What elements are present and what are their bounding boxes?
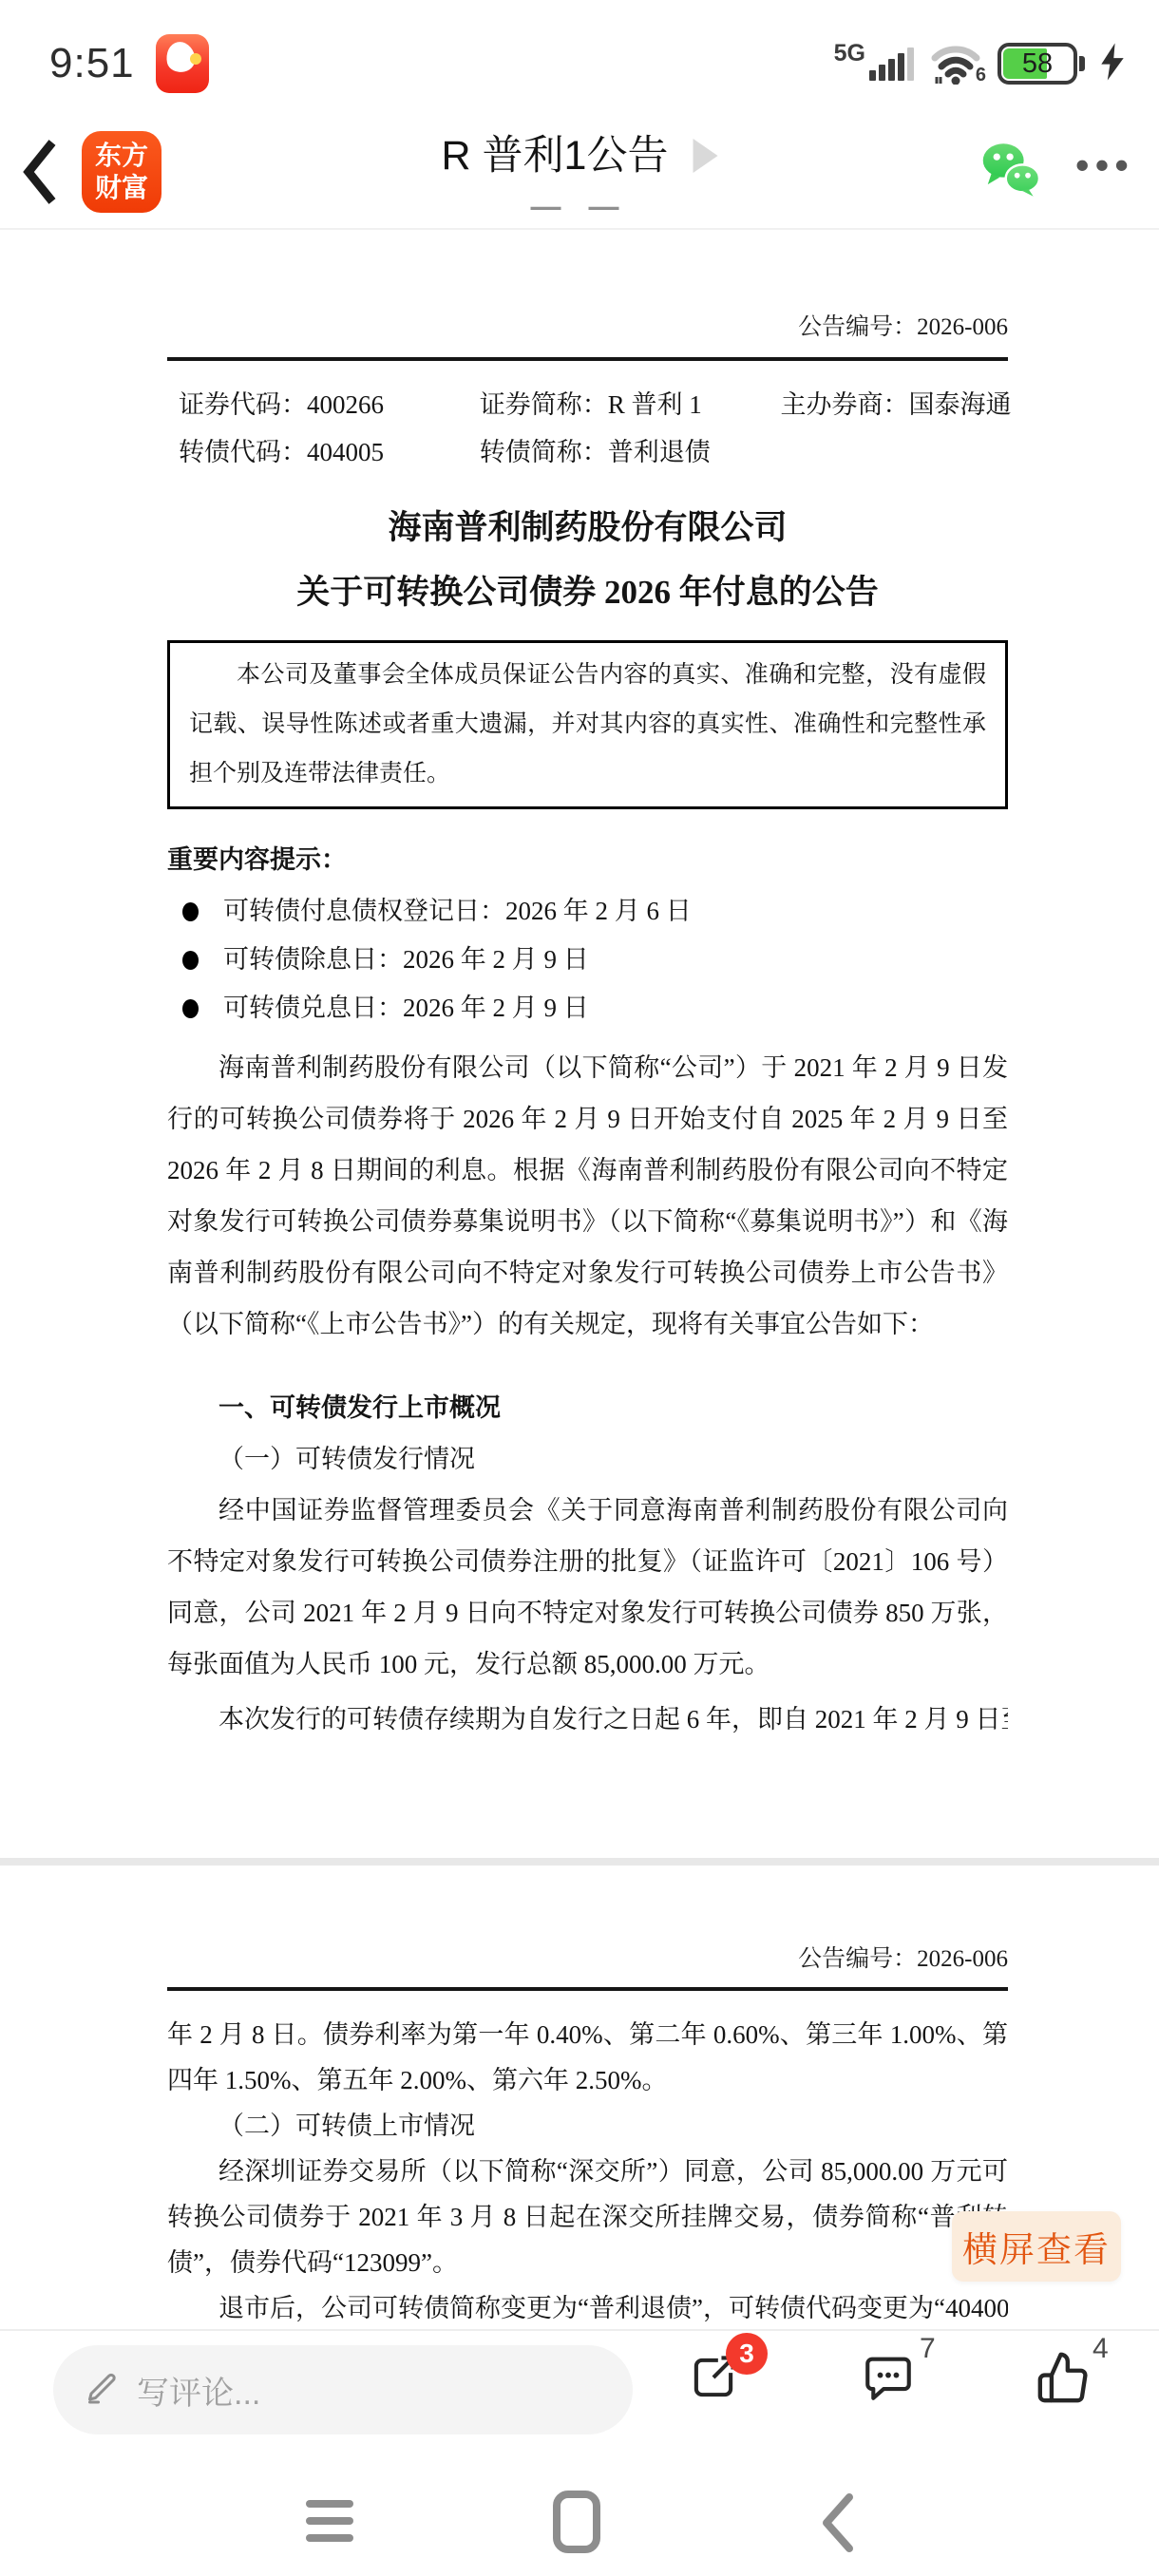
bullet-icon: [182, 999, 199, 1018]
paragraph: 经深圳证券交易所（以下简称“深交所”）同意，公司 85,000.00 万元可转换…: [167, 2149, 1008, 2285]
page-separator: [0, 1858, 1159, 1866]
divider-rule: [167, 1987, 1008, 1991]
landscape-view-button[interactable]: 横屏查看: [952, 2211, 1121, 2282]
notice-bullet-list: 可转债付息债权登记日：2026 年 2 月 6 日 可转债除息日：2026 年 …: [167, 887, 1008, 1032]
home-nav-icon[interactable]: [553, 2491, 600, 2553]
back-button[interactable]: [21, 135, 66, 209]
battery-percent: 58: [1001, 47, 1073, 81]
cellular-signal-icon: 5G: [834, 47, 914, 81]
more-menu-icon[interactable]: •••: [1075, 146, 1134, 184]
play-audio-icon[interactable]: [693, 139, 717, 173]
list-item: 可转债付息债权登记日：2026 年 2 月 6 日: [167, 887, 1008, 936]
notification-app-icon: [156, 34, 209, 93]
signal-bars-icon: [869, 47, 914, 81]
important-notice-heading: 重要内容提示：: [167, 836, 1008, 883]
comment-count: 7: [920, 2333, 936, 2365]
phone-screen: 9:51 5G 6 58: [0, 0, 1159, 2576]
comment-input[interactable]: 写评论...: [53, 2345, 633, 2434]
android-nav-bar: [0, 2451, 1159, 2576]
clock: 9:51: [49, 40, 135, 87]
subsection-heading: （二）可转债上市情况: [167, 2103, 1008, 2149]
security-info-row: 证券代码：400266 证券简称：R 普利 1 主办券商：国泰海通: [167, 386, 1008, 424]
list-item: 可转债除息日：2026 年 2 月 9 日: [167, 936, 1008, 984]
comment-placeholder: 写评论...: [137, 2367, 260, 2414]
bullet-icon: [182, 951, 199, 970]
announcement-number: 公告编号：2026-006: [167, 312, 1008, 344]
announcement-number: 公告编号：2026-006: [167, 1943, 1008, 1976]
menu-nav-icon[interactable]: [306, 2500, 353, 2551]
company-name-title: 海南普利制药股份有限公司: [167, 507, 1008, 549]
document-page-1[interactable]: 公告编号：2026-006 证券代码：400266 证券简称：R 普利 1 主办…: [0, 230, 1159, 1858]
paragraph: 经中国证券监督管理委员会《关于同意海南普利制药股份有限公司向不特定对象发行可转换…: [167, 1485, 1008, 1690]
wifi6-label: 6: [976, 65, 986, 86]
eastmoney-logo[interactable]: 东方 财富: [82, 131, 161, 213]
announcement-title: 关于可转换公司债券 2026 年付息的公告: [167, 572, 1008, 614]
header-title-block: R 普利1公告 — —: [442, 123, 718, 224]
back-nav-icon[interactable]: [819, 2492, 855, 2558]
app-header: 东方 财富 R 普利1公告 — —: [0, 114, 1159, 230]
divider-rule: [167, 357, 1008, 361]
list-item: 可转债兑息日：2026 年 2 月 9 日: [167, 984, 1008, 1032]
page-title: R 普利1公告: [442, 123, 669, 181]
paragraph: 海南普利制药股份有限公司（以下简称“公司”）于 2021 年 2 月 9 日发行…: [167, 1042, 1008, 1350]
wechat-share-icon[interactable]: [980, 142, 1043, 202]
charging-bolt-icon: [1100, 43, 1125, 85]
battery-icon: 58: [997, 43, 1085, 85]
bullet-icon: [182, 902, 199, 921]
network-type-label: 5G: [834, 40, 865, 67]
header-subtitle: — —: [442, 189, 718, 224]
share-badge: 3: [726, 2333, 768, 2375]
paragraph: 年 2 月 8 日。债券利率为第一年 0.40%、第二年 0.60%、第三年 1…: [167, 2012, 1008, 2103]
like-count: 4: [1092, 2333, 1109, 2365]
paragraph: 退市后，公司可转债简称变更为“普利退债”，可转债代码变更为“404005”，: [167, 2285, 1008, 2329]
pencil-icon: [85, 2371, 120, 2410]
paragraph: 本次发行的可转债存续期为自发行之日起 6 年，即自 2021 年 2 月 9 日…: [167, 1694, 1008, 1745]
comment-toolbar: 写评论... 3 7 4: [0, 2329, 1159, 2451]
pledge-box: 本公司及董事会全体成员保证公告内容的真实、准确和完整，没有虚假记载、误导性陈述或…: [167, 640, 1008, 809]
bond-info-row: 转债代码：404005 转债简称：普利退债: [167, 433, 1008, 471]
section-heading: 一、可转债发行上市概况: [167, 1382, 1008, 1433]
subsection-heading: （一）可转债发行情况: [167, 1433, 1008, 1485]
comment-bubble-icon[interactable]: [861, 2350, 916, 2405]
wifi-icon: 6: [929, 43, 982, 85]
thumbs-up-icon[interactable]: [1035, 2350, 1091, 2405]
status-bar: 9:51 5G 6 58: [0, 0, 1159, 114]
